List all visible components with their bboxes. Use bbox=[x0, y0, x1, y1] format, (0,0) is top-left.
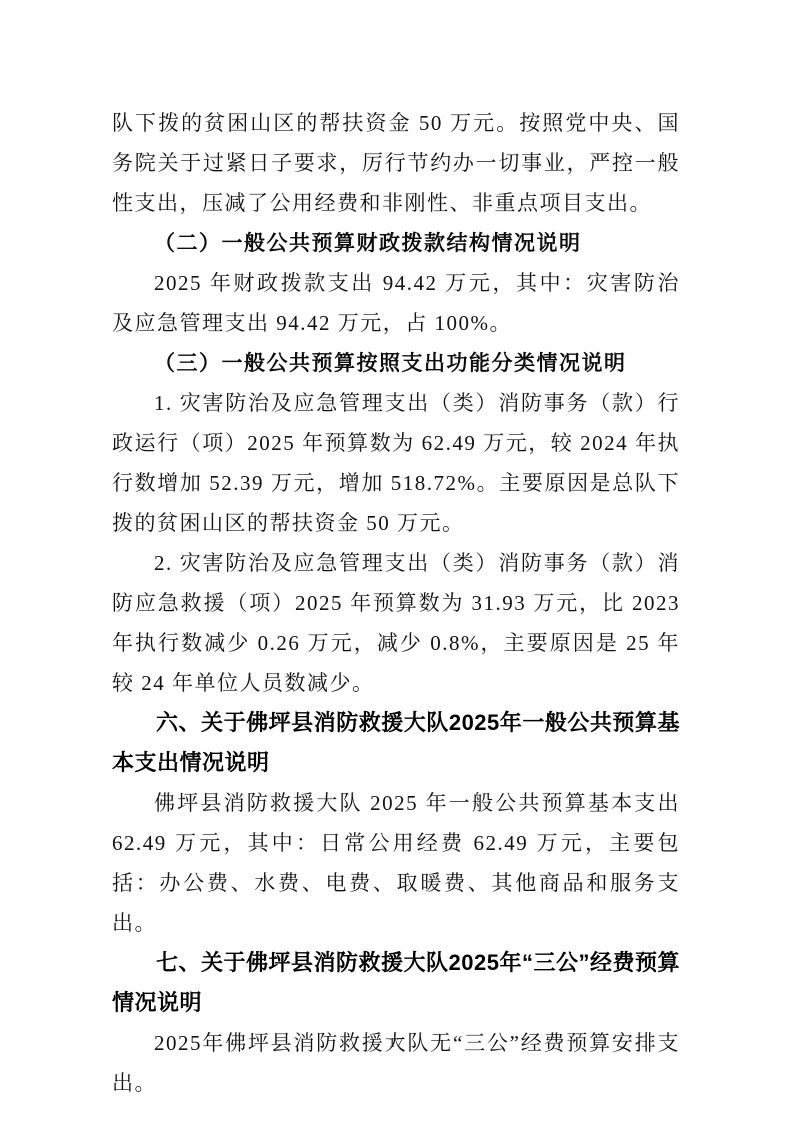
body-paragraph: 2025 年财政拨款支出 94.42 万元，其中：灾害防治及应急管理支出 94.… bbox=[112, 263, 680, 343]
body-paragraph: 2025年佛坪县消防救援大队无“三公”经费预算安排支出。 bbox=[112, 1023, 680, 1103]
section-heading-7: 七、关于佛坪县消防救援大队2025年“三公”经费预算情况说明 bbox=[112, 943, 680, 1023]
body-paragraph: 2. 灾害防治及应急管理支出（类）消防事务（款）消防应急救援（项）2025 年预… bbox=[112, 543, 680, 703]
body-paragraph: 佛坪县消防救援大队 2025 年一般公共预算基本支出 62.49 万元，其中：日… bbox=[112, 783, 680, 943]
page-content: 队下拨的贫困山区的帮扶资金 50 万元。按照党中央、国务院关于过紧日子要求，厉行… bbox=[112, 103, 680, 1103]
subsection-heading-3: （三）一般公共预算按照支出功能分类情况说明 bbox=[112, 343, 680, 383]
document-page: 队下拨的贫困山区的帮扶资金 50 万元。按照党中央、国务院关于过紧日子要求，厉行… bbox=[0, 0, 792, 1121]
subsection-heading-2: （二）一般公共预算财政拨款结构情况说明 bbox=[112, 223, 680, 263]
body-paragraph: 1. 灾害防治及应急管理支出（类）消防事务（款）行政运行（项）2025 年预算数… bbox=[112, 383, 680, 543]
page-number: 17 bbox=[0, 1036, 792, 1052]
body-paragraph-continuation: 队下拨的贫困山区的帮扶资金 50 万元。按照党中央、国务院关于过紧日子要求，厉行… bbox=[112, 103, 680, 223]
section-heading-6: 六、关于佛坪县消防救援大队2025年一般公共预算基本支出情况说明 bbox=[112, 703, 680, 783]
